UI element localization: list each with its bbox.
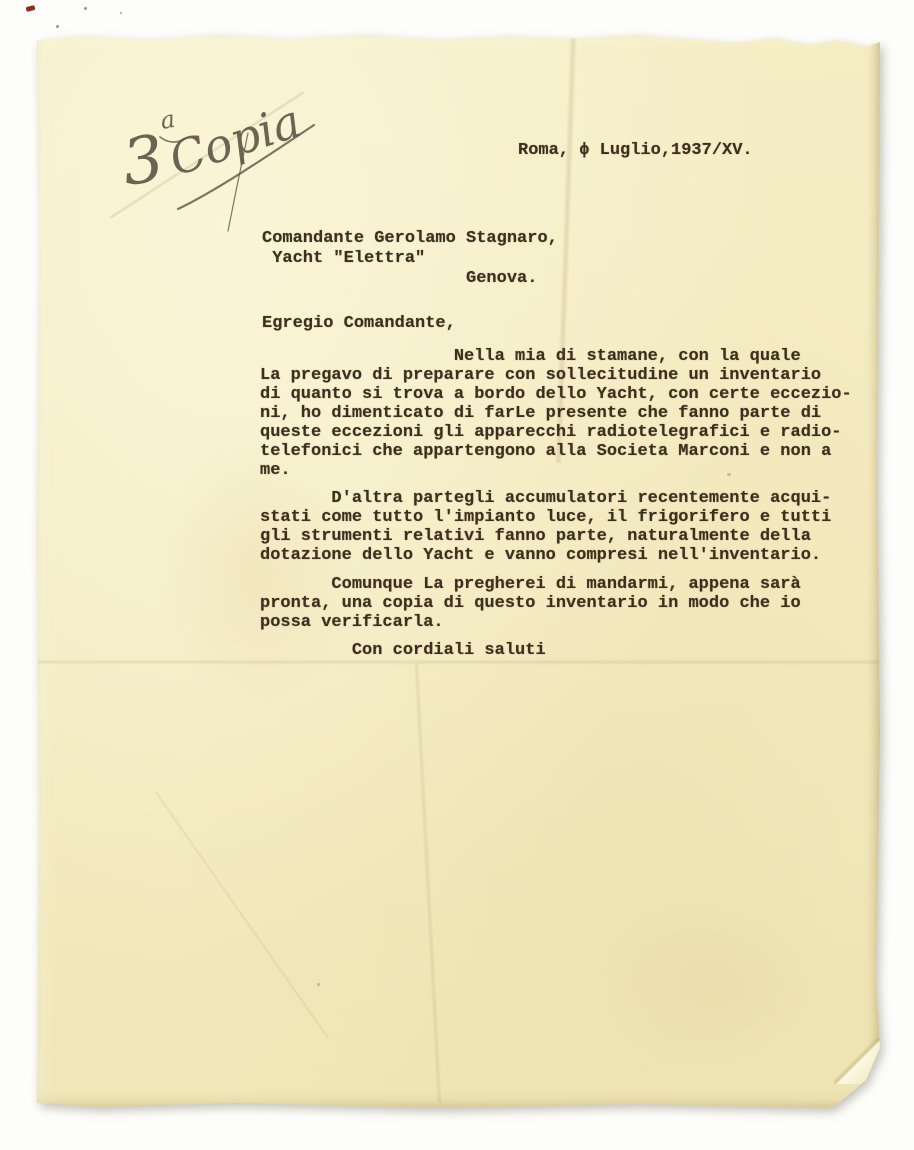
closing-line: Con cordiali saluti: [260, 641, 546, 660]
paper-speck: [317, 983, 320, 986]
dateline: Roma, ϕ Luglio,1937/XV.: [518, 141, 753, 160]
body-paragraph-3: Comunque La pregherei di mandarmi, appen…: [260, 575, 801, 632]
handwritten-copy-annotation: 3 a Copia: [102, 81, 367, 246]
body-paragraph-2: D'altra partegli accumulatori recentemen…: [260, 489, 831, 565]
paper-crease-diagonal: [154, 791, 329, 1039]
margin-speck: [120, 12, 122, 14]
paper-stain: [597, 893, 837, 1073]
annotation-number: 3: [118, 122, 169, 201]
recipient-address-block: Comandante Gerolamo Stagnaro, Yacht "Ele…: [262, 229, 558, 289]
margin-speck: [56, 25, 59, 28]
salutation: Egregio Comandante,: [262, 314, 456, 333]
letter-paper: 3 a Copia Roma, ϕ Luglio,1937/XV. Comand…: [37, 33, 880, 1110]
margin-red-speck: [26, 5, 36, 12]
scan-background: 3 a Copia Roma, ϕ Luglio,1937/XV. Comand…: [0, 0, 914, 1150]
annotation-word: Copia: [163, 94, 308, 187]
letter-paper-wrapper: 3 a Copia Roma, ϕ Luglio,1937/XV. Comand…: [37, 33, 880, 1110]
folded-corner: [834, 1038, 880, 1084]
margin-speck: [84, 7, 87, 10]
paper-crease-vertical: [413, 663, 442, 1103]
body-paragraph-1: Nella mia di stamane, con la quale La pr…: [260, 347, 852, 480]
